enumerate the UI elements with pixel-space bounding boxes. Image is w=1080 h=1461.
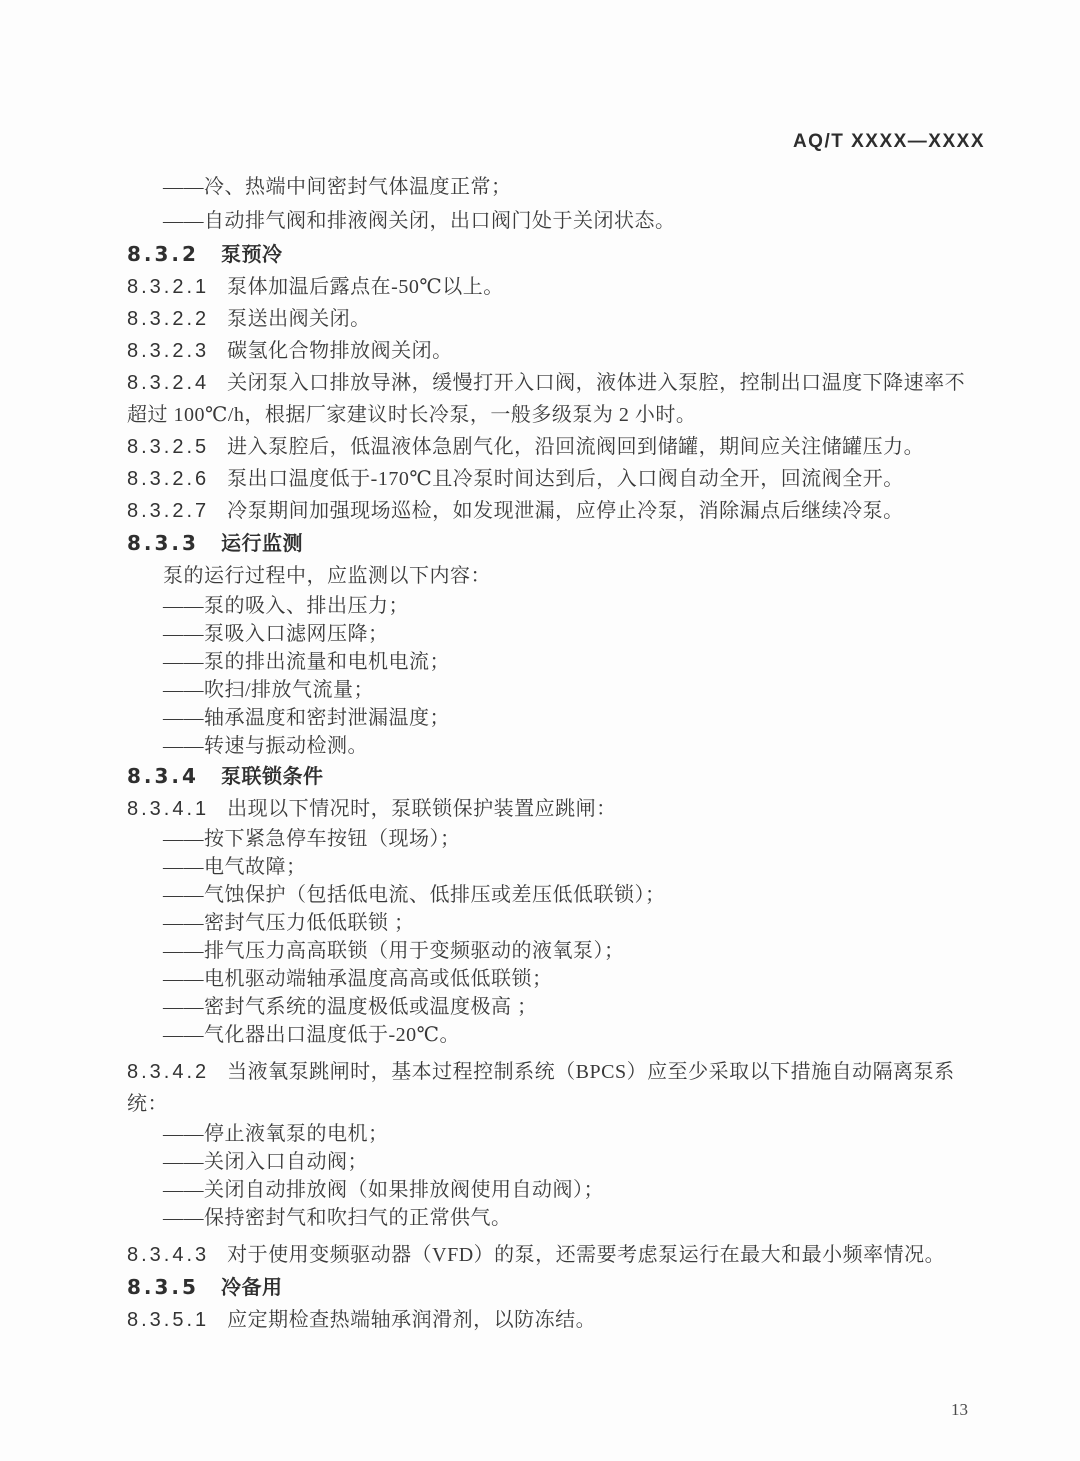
clause: 8.3.4.1出现以下情况时，泵联锁保护装置应跳闸：	[127, 793, 985, 825]
dash-list-item: ——自动排气阀和排液阀关闭，出口阀门处于关闭状态。	[127, 204, 985, 238]
clause-text: 泵体加温后露点在-50℃以上。	[227, 276, 504, 298]
clause-number: 8.3.2.5	[127, 436, 209, 458]
clause-text: 进入泵腔后，低温液体急剧气化，沿回流阀回到储罐，期间应关注储罐压力。	[227, 436, 924, 458]
clause-text: 应定期检查热端轴承润滑剂，以防冻结。	[227, 1309, 596, 1331]
heading-number: 8.3.5	[127, 1275, 199, 1299]
clause-number: 8.3.4.2	[127, 1061, 209, 1083]
dash-list-item: ——气蚀保护（包括低电流、低排压或差压低低联锁）；	[127, 881, 985, 909]
dash-list-item: ——关闭自动排放阀（如果排放阀使用自动阀）；	[127, 1176, 985, 1204]
clause-number: 8.3.2.6	[127, 468, 209, 490]
clause-text: 冷泵期间加强现场巡检，如发现泄漏，应停止冷泵，消除漏点后继续冷泵。	[227, 500, 904, 522]
clause: 8.3.2.1泵体加温后露点在-50℃以上。	[127, 271, 985, 303]
dash-list-item: ——泵的吸入、排出压力；	[127, 592, 985, 620]
clause-number: 8.3.5.1	[127, 1309, 209, 1331]
heading-number: 8.3.2	[127, 242, 199, 266]
paragraph: 泵的运行过程中，应监测以下内容：	[127, 560, 985, 592]
clause-number: 8.3.2.2	[127, 308, 209, 330]
clause-text: 对于使用变频驱动器（VFD）的泵，还需要考虑泵运行在最大和最小频率情况。	[227, 1244, 945, 1266]
clause-text: 出现以下情况时，泵联锁保护装置应跳闸：	[227, 798, 617, 820]
standard-code: AQ/T XXXX—XXXX	[793, 131, 985, 152]
clause-number: 8.3.4.1	[127, 798, 209, 820]
clause-text: 当液氧泵跳闸时，基本过程控制系统（BPCS）应至少采取以下措施自动隔离泵系统：	[127, 1061, 955, 1115]
dash-list-item: ——气化器出口温度低于-20℃。	[127, 1021, 985, 1049]
clause-text: 泵出口温度低于-170℃且冷泵时间达到后，入口阀自动全开，回流阀全开。	[227, 468, 904, 490]
clause-text: 关闭泵入口排放导淋，缓慢打开入口阀，液体进入泵腔，控制出口温度下降速率不超过 1…	[127, 372, 965, 426]
dash-list-item: ——吹扫/排放气流量；	[127, 676, 985, 704]
dash-list-item: ——轴承温度和密封泄漏温度；	[127, 704, 985, 732]
clause: 8.3.4.3对于使用变频驱动器（VFD）的泵，还需要考虑泵运行在最大和最小频率…	[127, 1239, 985, 1271]
clause: 8.3.2.4关闭泵入口排放导淋，缓慢打开入口阀，液体进入泵腔，控制出口温度下降…	[127, 367, 985, 431]
dash-list-item: ——保持密封气和吹扫气的正常供气。	[127, 1204, 985, 1232]
dash-list-item: ——密封气压力低低联锁 ；	[127, 909, 985, 937]
section-heading: 8.3.2泵预冷	[127, 238, 985, 271]
page-footer: 13	[951, 1400, 968, 1420]
clause: 8.3.2.6泵出口温度低于-170℃且冷泵时间达到后，入口阀自动全开，回流阀全…	[127, 463, 985, 495]
dash-list-item: ——泵吸入口滤网压降；	[127, 620, 985, 648]
section-heading: 8.3.3运行监测	[127, 527, 985, 560]
heading-number: 8.3.4	[127, 764, 199, 788]
heading-title: 泵联锁条件	[221, 766, 324, 788]
heading-title: 运行监测	[221, 533, 303, 555]
dash-list-item: ——冷、热端中间密封气体温度正常；	[127, 170, 985, 204]
dash-list-item: ——电气故障；	[127, 853, 985, 881]
clause: 8.3.2.7冷泵期间加强现场巡检，如发现泄漏，应停止冷泵，消除漏点后继续冷泵。	[127, 495, 985, 527]
clause-text: 碳氢化合物排放阀关闭。	[227, 340, 453, 362]
dash-list-item: ——关闭入口自动阀；	[127, 1148, 985, 1176]
dash-list-item: ——停止液氧泵的电机；	[127, 1120, 985, 1148]
clause: 8.3.2.2泵送出阀关闭。	[127, 303, 985, 335]
section-heading: 8.3.5冷备用	[127, 1271, 985, 1304]
heading-number: 8.3.3	[127, 531, 199, 555]
clause: 8.3.2.3碳氢化合物排放阀关闭。	[127, 335, 985, 367]
clause-number: 8.3.2.7	[127, 500, 209, 522]
page-header: AQ/T XXXX—XXXX	[793, 131, 985, 153]
document-content: ——冷、热端中间密封气体温度正常；——自动排气阀和排液阀关闭，出口阀门处于关闭状…	[127, 170, 985, 1336]
heading-title: 泵预冷	[221, 244, 283, 266]
dash-list-item: ——泵的排出流量和电机电流；	[127, 648, 985, 676]
clause-number: 8.3.4.3	[127, 1244, 209, 1266]
clause: 8.3.2.5进入泵腔后，低温液体急剧气化，沿回流阀回到储罐，期间应关注储罐压力…	[127, 431, 985, 463]
page-number: 13	[951, 1400, 968, 1419]
clause-number: 8.3.2.1	[127, 276, 209, 298]
clause-number: 8.3.2.4	[127, 372, 209, 394]
dash-list-item: ——电机驱动端轴承温度高高或低低联锁；	[127, 965, 985, 993]
section-heading: 8.3.4泵联锁条件	[127, 760, 985, 793]
clause-number: 8.3.2.3	[127, 340, 209, 362]
dash-list-item: ——转速与振动检测。	[127, 732, 985, 760]
dash-list-item: ——按下紧急停车按钮（现场）；	[127, 825, 985, 853]
dash-list-item: ——密封气系统的温度极低或温度极高 ；	[127, 993, 985, 1021]
dash-list-item: ——排气压力高高联锁（用于变频驱动的液氧泵）；	[127, 937, 985, 965]
document-page: AQ/T XXXX—XXXX ——冷、热端中间密封气体温度正常；——自动排气阀和…	[0, 0, 1080, 1461]
heading-title: 冷备用	[221, 1277, 283, 1299]
clause: 8.3.4.2当液氧泵跳闸时，基本过程控制系统（BPCS）应至少采取以下措施自动…	[127, 1056, 985, 1120]
clause-text: 泵送出阀关闭。	[227, 308, 371, 330]
clause: 8.3.5.1应定期检查热端轴承润滑剂，以防冻结。	[127, 1304, 985, 1336]
